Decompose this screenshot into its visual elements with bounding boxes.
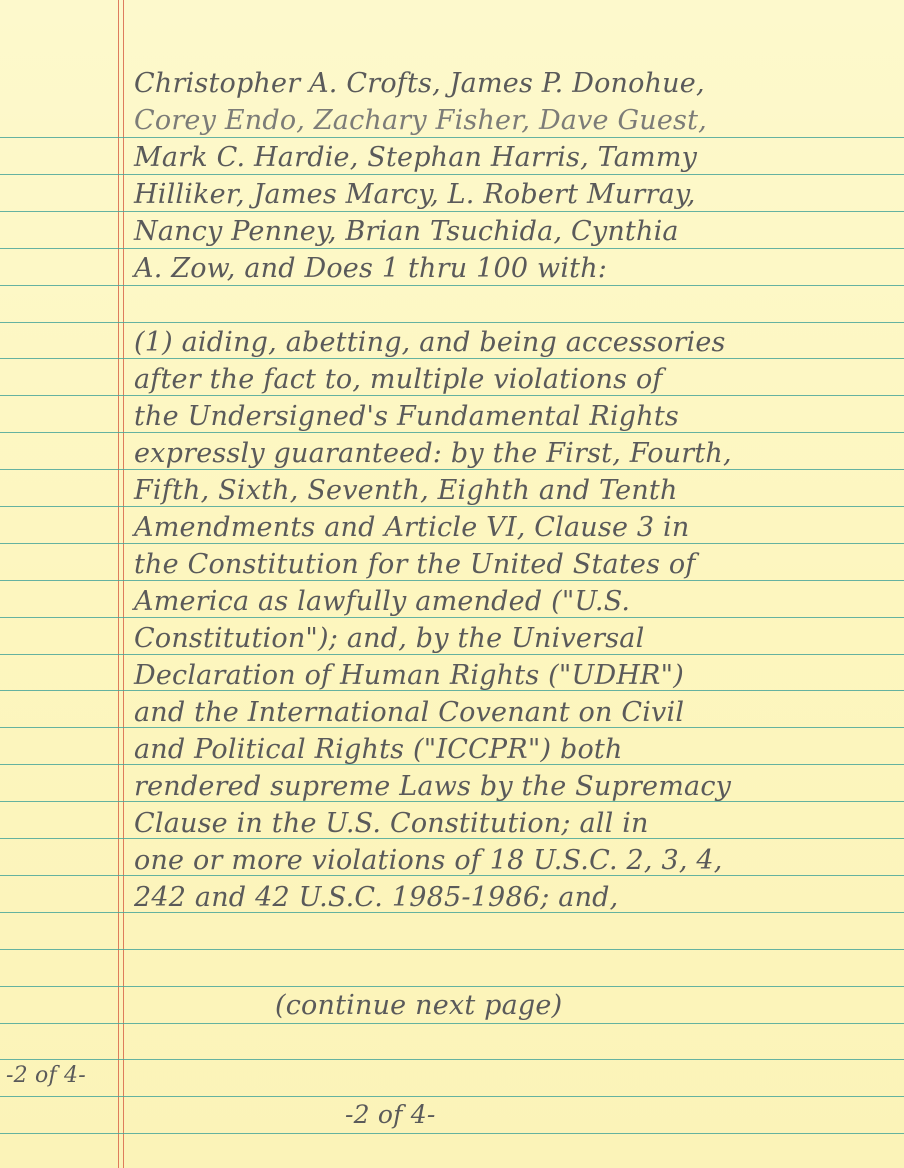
ruled-line xyxy=(0,322,904,323)
body-line: the Undersigned's Fundamental Rights xyxy=(134,401,679,432)
ruled-line xyxy=(0,580,904,581)
ruled-line xyxy=(0,654,904,655)
body-line: Declaration of Human Rights ("UDHR") xyxy=(134,660,684,691)
ruled-line xyxy=(0,1133,904,1134)
ruled-line xyxy=(0,174,904,175)
continuation-note: (continue next page) xyxy=(275,990,562,1021)
body-line: Nancy Penney, Brian Tsuchida, Cynthia xyxy=(134,216,679,247)
ruled-line xyxy=(0,617,904,618)
ruled-line xyxy=(0,543,904,544)
ruled-line xyxy=(0,211,904,212)
ruled-line xyxy=(0,986,904,987)
ruled-line xyxy=(0,137,904,138)
body-line: one or more violations of 18 U.S.C. 2, 3… xyxy=(134,845,723,876)
ruled-line xyxy=(0,1023,904,1024)
ruled-line xyxy=(0,285,904,286)
footer-page-number: -2 of 4- xyxy=(345,1100,436,1129)
body-line: Corey Endo, Zachary Fisher, Dave Guest, xyxy=(134,105,707,136)
legal-pad-page: Christopher A. Crofts, James P. Donohue,… xyxy=(0,0,904,1168)
ruled-line xyxy=(0,358,904,359)
body-line: 242 and 42 U.S.C. 1985-1986; and, xyxy=(134,882,618,913)
body-line: expressly guaranteed: by the First, Four… xyxy=(134,438,732,469)
body-line: America as lawfully amended ("U.S. xyxy=(134,586,630,617)
ruled-line xyxy=(0,248,904,249)
ruled-line xyxy=(0,949,904,950)
body-line: the Constitution for the United States o… xyxy=(134,549,696,580)
margin-page-mark: -2 of 4- xyxy=(6,1063,86,1088)
body-line: A. Zow, and Does 1 thru 100 with: xyxy=(134,253,607,284)
body-line: Clause in the U.S. Constitution; all in xyxy=(134,808,649,839)
body-line: and the International Covenant on Civil xyxy=(134,697,684,728)
body-line: Amendments and Article VI, Clause 3 in xyxy=(134,512,689,543)
body-line: and Political Rights ("ICCPR") both xyxy=(134,734,623,765)
left-margin-line xyxy=(118,0,119,1168)
body-line: Fifth, Sixth, Seventh, Eighth and Tenth xyxy=(134,475,678,506)
body-line: Christopher A. Crofts, James P. Donohue, xyxy=(134,68,705,99)
body-line: Constitution"); and, by the Universal xyxy=(134,623,644,654)
ruled-line xyxy=(0,432,904,433)
ruled-line xyxy=(0,395,904,396)
body-line: Hilliker, James Marcy, L. Robert Murray, xyxy=(134,179,696,210)
body-line: rendered supreme Laws by the Supremacy xyxy=(134,771,731,802)
body-line: Mark C. Hardie, Stephan Harris, Tammy xyxy=(134,142,697,173)
body-line: (1) aiding, abetting, and being accessor… xyxy=(134,327,726,358)
ruled-line xyxy=(0,1096,904,1097)
ruled-line xyxy=(0,1059,904,1060)
ruled-line xyxy=(0,506,904,507)
left-margin-line-inner xyxy=(123,0,124,1168)
ruled-line xyxy=(0,469,904,470)
body-line: after the fact to, multiple violations o… xyxy=(134,364,663,395)
